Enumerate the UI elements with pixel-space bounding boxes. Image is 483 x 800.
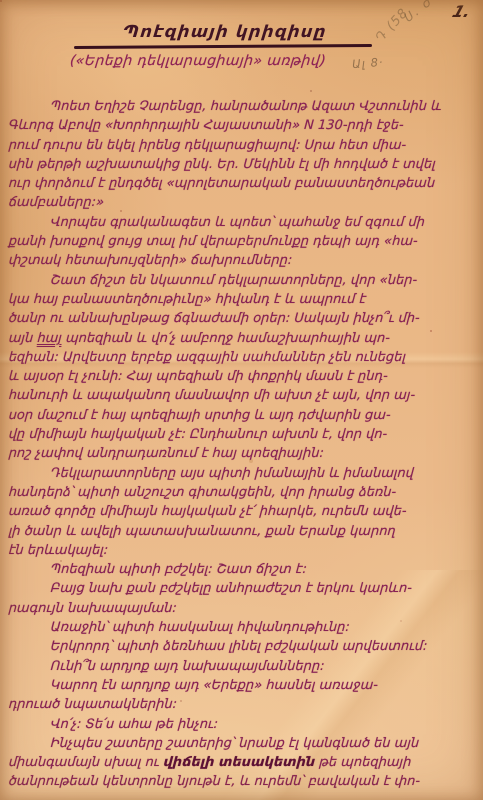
page-subtitle: («Երեքի դեկլարացիայի» առթիվ) bbox=[41, 53, 355, 69]
manuscript-body: Պոետ Եղիշե Չարենցը, հանրածանոթ Ազատ Վշտո… bbox=[8, 97, 479, 792]
manuscript-line-p2-l1: Վորպես գրականագետ և պոետ՝ պահանջ եմ զգու… bbox=[8, 213, 480, 232]
manuscript-line-p12-l3: ծանրութեան կենտրոնը նյութն է, և ուրեմն՝ … bbox=[8, 772, 480, 791]
manuscript-line-p5-l1: Պոեզիան պիտի բժշկել: Շատ ճիշտ է: bbox=[8, 560, 480, 579]
manuscript-line-p6-l1: Բայց նախ քան բժշկելը անհրաժեշտ է երկու կ… bbox=[8, 579, 480, 598]
manuscript-line-p4-l5: էն երևակայել: bbox=[8, 541, 480, 560]
manuscript-line-p3-l9: վը միմիայն հայկական չէ: Ընդհանուր ախտն է… bbox=[8, 425, 480, 444]
manuscript-line-p4-l1: Դեկլարատորները այս պիտի իմանային և իմանա… bbox=[8, 464, 480, 483]
manuscript-line-p2-l2: քանի խոսքով ցույց տալ իմ վերաբերմունքը դ… bbox=[8, 232, 480, 251]
pencil-annotation-subtitle: Ալ 8· bbox=[352, 55, 384, 71]
manuscript-line-p1-l1: Պոետ Եղիշե Չարենցը, հանրածանոթ Ազատ Վշտո… bbox=[8, 97, 480, 116]
manuscript-line-p9-l1: Ունի՞ն արդյոք այդ նախապայմանները: bbox=[8, 657, 480, 676]
manuscript-line-p1-l5: ուր փորձում է ընդգծել «պրոլետարական բանա… bbox=[8, 174, 480, 193]
manuscript-line-p1-l2: Գևորգ Աբովը «Խորհրդային Հայաստանի» N 130… bbox=[8, 116, 480, 135]
manuscript-line-p7-l1: Առաջին՝ պիտի հասկանալ հիվանդութիւնը: bbox=[8, 618, 480, 637]
manuscript-line-p8-l1: Երկրորդ՝ պիտի ձեռնհաս լինել բժշկական արվ… bbox=[8, 637, 480, 656]
manuscript-line-p6-l2: րագույն նախապայման: bbox=[8, 599, 480, 618]
manuscript-line-p4-l4: լի ծանր և ավելի պատասխանատու, քան Երանք … bbox=[8, 522, 480, 541]
manuscript-line-p10-l2: դրուած նպատակներին: bbox=[8, 695, 480, 714]
page-title: Պոէզիայի կրիզիսը bbox=[99, 22, 351, 41]
manuscript-line-p3-l3: ծանր ու աննախընթաց ճգնաժամի օրեր: Սակայն… bbox=[8, 309, 480, 328]
manuscript-line-p3-l2: կա հայ բանաստեղծութիւնը» հիվանդ է և ապրո… bbox=[8, 290, 480, 309]
paper-specks bbox=[0, 0, 2, 2]
manuscript-line-p2-l3: փշտակ հետախույզների» ճախրումները: bbox=[8, 251, 480, 270]
manuscript-line-p3-l1: Շատ ճիշտ են նկատում դեկլարատորները, վոր … bbox=[8, 271, 480, 290]
manuscript-line-p3-l5: եզիան: Արվեստը երբեք ազգային սահմաններ չ… bbox=[8, 348, 480, 367]
manuscript-line-p11-l1: Վո՛չ: Տե՛ս ահա թե ինչու: bbox=[8, 715, 480, 734]
manuscript-line-p12-l2: միանգամայն սխալ ու վիճելի տեսակետին թե պ… bbox=[8, 753, 480, 772]
manuscript-line-p1-l4: սին թերթի աշխատակից ընկ. Եր. Մեկինն էլ մ… bbox=[8, 155, 480, 174]
manuscript-line-p3-l4: այն հայ պոեզիան և վո՛չ ամբողջ համաշխարհա… bbox=[8, 329, 480, 348]
manuscript-line-p3-l8: սօր մաշում է հայ պոեզիայի սրտից և այդ դժ… bbox=[8, 406, 480, 425]
manuscript-line-p12-l1: Ինչպես շատերը շատերից՝ նրանք էլ կանգնած … bbox=[8, 734, 480, 753]
page-number: 1. bbox=[450, 2, 473, 21]
manuscript-line-p3-l6: և այսօր էլ չունի: Հայ պոեզիան մի փոքրիկ … bbox=[8, 367, 480, 386]
manuscript-line-p4-l3: առած գործը միմիայն հայկական չէ՛ իհարկե, … bbox=[8, 502, 480, 521]
manuscript-line-p1-l3: րում դուրս են եկել իրենց դեկլարացիայով: … bbox=[8, 136, 480, 155]
manuscript-line-p4-l2: հանդերձ՝ պիտի անշուշտ գիտակցեին, վոր իրա… bbox=[8, 483, 480, 502]
manuscript-line-p10-l1: Կարող էն արդյոք այդ «Երեքը» հասնել առաջա… bbox=[8, 676, 480, 695]
pencil-annotation-lower: Դ (58 bbox=[373, 6, 412, 46]
manuscript-line-p1-l6: ճամբաները:» bbox=[8, 193, 480, 212]
title-underline bbox=[74, 44, 372, 49]
manuscript-line-p3-l10: րոշ չափով անդրադառնում է հայ պոեզիային: bbox=[8, 444, 480, 463]
manuscript-page: 1. Ս. Ժ Դ (58 Պոէզիայի կրիզիսը («Երեքի դ… bbox=[0, 0, 483, 800]
manuscript-line-p3-l7: հանուրի և ապականող մասնավոր մի ախտ չէ այ… bbox=[8, 386, 480, 405]
